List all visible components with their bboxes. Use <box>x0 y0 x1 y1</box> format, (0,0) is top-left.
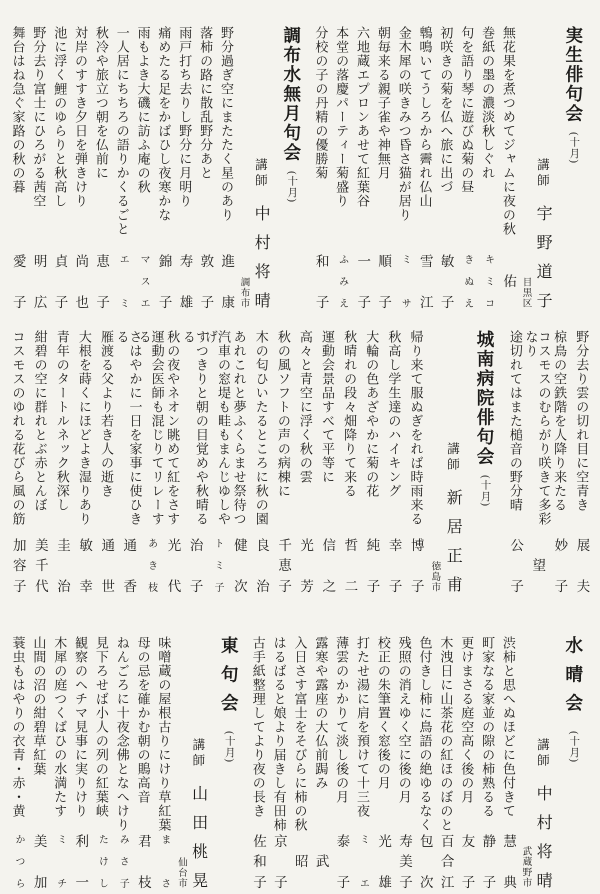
poem-author-char: 子 <box>553 579 567 593</box>
poem-author: 幸子 <box>387 538 401 592</box>
lecturer-name: 山田桃晃 <box>190 785 206 894</box>
section-title: 調布水無月句会(十月) <box>277 26 305 308</box>
poem-author-char: 夫 <box>575 579 589 593</box>
poem-author-char: 恵 <box>277 558 291 572</box>
poem-author-char: 美 <box>33 538 47 552</box>
poem-author-char: 代 <box>166 579 180 593</box>
poem: 渋柿と思へぬほどに色付きて慧典 <box>498 636 518 888</box>
poem-author-char: 子 <box>335 875 349 889</box>
poem-text: 汽車の窓堤も畦もまんじゆしやげ <box>204 330 230 538</box>
poem-author-char: 一 <box>74 875 88 889</box>
poem: 秋高し学生達のハイキング幸子 <box>384 330 404 592</box>
section-title-text: 東句会 <box>220 636 238 723</box>
poem-author-char: 子 <box>117 878 127 888</box>
poem-author-char: 圭 <box>55 538 69 552</box>
poem: 観察のヘチマ見事に実りけり利一 <box>71 636 91 888</box>
poem-text: 無花果を煮つめてジャムに夜の秋 <box>502 26 515 236</box>
poem-author-char: 貞 <box>53 254 67 268</box>
poem-author-char: ミ <box>212 560 222 570</box>
poem-author-char: 子 <box>365 579 379 593</box>
poem: あれこれと夢ふくらませ祭待つ健次 <box>229 330 249 592</box>
poem-author: 武 <box>314 834 328 888</box>
poem-text: 紺碧の空に群れとぶ赤とんぼ <box>34 330 47 512</box>
poem-author-char: 通 <box>100 538 114 552</box>
poem-text: 途切れてはまた槌音の野分晴 <box>509 330 522 512</box>
poem: 残照の消えゆく空に後の月寿美子 <box>394 636 414 888</box>
poem-author-char: 之 <box>321 579 335 593</box>
lecturer-label: 講師 <box>191 738 204 769</box>
poem-text: 秋高し学生達のハイキング <box>387 330 400 498</box>
poem-author-char: 泰 <box>335 834 349 848</box>
poem-author-char: 子 <box>188 579 202 593</box>
poem-author: 佑 <box>502 254 516 308</box>
poem-author-char: ト <box>212 538 222 548</box>
poem-author: 光雄 <box>377 834 391 888</box>
poem-author-char: 良 <box>254 538 268 552</box>
poem-author: 貞子 <box>53 254 67 308</box>
poem-author-char: 昭 <box>293 854 307 868</box>
poem: 露寒や露座の大仏前跼み武 <box>311 636 331 888</box>
poem-author-char: 敦 <box>199 254 213 268</box>
poem-text: 帰り来て服ぬぎをれば時雨来る <box>409 330 422 526</box>
poem: 無花果を煮つめてジャムに夜の秋佑 <box>498 26 518 308</box>
poem-text: ねんごろに十夜念佛となへけり <box>116 636 129 832</box>
poem-author: 君枝 <box>136 834 150 888</box>
poem-text: 運動会医師も混じりてリレーする <box>138 330 164 538</box>
poem-author: ミエ <box>358 834 368 888</box>
poem: 山間の沼の紺碧草紅葉美加 <box>29 636 49 888</box>
lecturer-name: 中村将晴 <box>252 205 268 321</box>
poem-author: エミ <box>117 254 127 308</box>
poem-author-char: 江 <box>418 295 432 309</box>
poem-author-char: エ <box>358 878 368 888</box>
poem-author-char: け <box>96 856 106 866</box>
poem-text: 秋の夜やネオン眺めて紅をさす <box>166 330 179 526</box>
poem-author-char: ミ <box>358 834 368 844</box>
poem-author-char: 光 <box>166 538 180 552</box>
poem: コスモスのむらがり咲きて多彩なり望 <box>528 330 548 592</box>
poem-author: かつら <box>13 834 23 888</box>
poem-author: 佐和子 <box>252 834 266 888</box>
lecturer-name: 宇野道子 <box>534 205 550 321</box>
poem: 紺碧の空に群れとぶ赤とんぼ美千代 <box>30 330 50 592</box>
poem-author-char: 次 <box>232 579 246 593</box>
poem-author-char: 容 <box>11 558 25 572</box>
poem: 雁渡る父より若き人の逝き通世 <box>96 330 116 592</box>
poem-author-char: 信 <box>321 538 335 552</box>
lecturer-city-text: 武蔵野市 <box>520 846 530 888</box>
poem: 秋晴れの段々畑降りて来る哲二 <box>340 330 360 592</box>
poem-text: 野分過ぎ空にまたたく星のあり <box>220 26 233 222</box>
poem-author-char: 純 <box>365 538 379 552</box>
lecturer-label: 講師 <box>446 442 459 473</box>
poem-author-char: 光 <box>377 834 391 848</box>
poem-author-char: 佑 <box>502 274 516 288</box>
poem-author: 加容子 <box>11 538 25 592</box>
poem-author: 昭 <box>293 834 307 888</box>
poem-author-char: 友 <box>460 834 474 848</box>
poem-author-char: 慧 <box>502 834 516 848</box>
poem-author-char: 展 <box>575 538 589 552</box>
section-month-label: (十月) <box>568 132 579 164</box>
poem: 初咲きの菊を仏へ旅に出づ敏子 <box>436 26 456 308</box>
poem-author-char: エ <box>117 254 127 264</box>
poem: 木犀の庭つくばひの水満たすミチ <box>50 636 70 888</box>
poem: すつきりと朝の目覚めや秋晴るる治子 <box>185 330 205 592</box>
poem-author-char: 順 <box>377 254 391 268</box>
lecturer-city: 徳島市 <box>428 330 439 594</box>
poem-author-char: 広 <box>32 295 46 309</box>
poem: 秋の風ソフトの声の病棟に千恵子 <box>273 330 293 592</box>
poem-author-char: 江 <box>439 875 453 889</box>
poem-author: 良治 <box>254 538 268 592</box>
poem-author-char: 博 <box>409 538 423 552</box>
poem-text: 蓑虫もはやりの衣青・赤・黄 <box>12 636 25 818</box>
poem-author-char: 加 <box>32 875 46 889</box>
poem-author: 通世 <box>100 538 114 592</box>
poem-author-char: 子 <box>53 295 67 309</box>
poem-text: 母の忌を確かむ朝の鵙高音 <box>137 636 150 804</box>
poem-author-char: 治 <box>254 579 268 593</box>
poem-author-char: 代 <box>33 579 47 593</box>
section-month-label: (十月) <box>479 475 490 507</box>
poem-text: 椋鳥の空鉄階を人降り来たる <box>553 330 566 512</box>
poem-author-char: 美 <box>397 854 411 868</box>
poem-author-char: み <box>117 834 127 844</box>
poem: 秋の夜やネオン眺めて紅をさす光代 <box>163 330 183 592</box>
poem-text: 入日さす富士をそびらに柿の秋 <box>293 636 306 832</box>
poem-author-char: 包 <box>418 834 432 848</box>
poem-text: 木の匂ひいたるところに秋の園 <box>255 330 268 526</box>
poem-text: 色付きし柿に鳥語の絶ゆるなく <box>419 636 432 832</box>
poem-text: 山間の沼の紺碧草紅葉 <box>32 636 45 776</box>
poem: 高々と青空に浮く秋の雲光芳 <box>295 330 315 592</box>
poem-author-char: み <box>337 276 347 286</box>
poem-author-char: ミ <box>483 276 493 286</box>
poem-text: 初咲きの菊を仏へ旅に出づ <box>439 26 452 194</box>
poem-author: 百合江 <box>439 834 453 888</box>
poem: 対岸のすすき夕日を弾きけり尚也 <box>71 26 91 308</box>
poem-author-char: 子 <box>157 295 171 309</box>
section-title-text: 実生俳句会 <box>564 26 582 124</box>
poem-author-char: 健 <box>232 538 246 552</box>
section-month-label: (十月) <box>223 731 234 763</box>
poem-text: 残照の消えゆく空に後の月 <box>398 636 411 804</box>
poem-author-char: 子 <box>460 875 474 889</box>
lecturer: 講師山田桃晃 <box>187 636 209 888</box>
poem-author-char: 寿 <box>178 254 192 268</box>
poem-text: 秋冷や旅立つ朝を仏前に <box>95 26 108 180</box>
poem-author-char: コ <box>483 298 493 308</box>
poem-author-char: 子 <box>387 579 401 593</box>
poem: ねんごろに十夜念佛となへけりみさ子 <box>112 636 132 888</box>
poem-author-char: 子 <box>409 579 423 593</box>
band-middle: 野分去り雲の切れ目に空青き展夫椋鳥の空鉄階を人降り来たる妙子コスモスのむらがり咲… <box>8 330 592 592</box>
lecturer: 講師中村将晴 <box>249 26 271 308</box>
poem-author: 慧典 <box>502 834 516 888</box>
poem-author-char: 子 <box>199 295 213 309</box>
poem-author: 美千代 <box>33 538 47 592</box>
poem-text: 露寒や露座の大仏前跼み <box>314 636 327 790</box>
poem: 雨もよき大磯に訪ふ庵の秋マスエ <box>133 26 153 308</box>
poem: 雨戸打ち去りし野分に月明り寿雄 <box>175 26 195 308</box>
poem-author-char: た <box>96 834 106 844</box>
poem-author-char: 錦 <box>157 254 171 268</box>
poem-text: 鵯鳴いてうしろから霽れ仏山 <box>419 26 432 208</box>
poem: 一人居にちちろの語りかくるごとエミ <box>112 26 132 308</box>
poem: 薄雲のかかりて淡し後の月泰子 <box>332 636 352 888</box>
poem-author-char: 子 <box>272 875 286 889</box>
poem-author-char: 子 <box>95 295 109 309</box>
poem: 分校の子の丹精の優勝菊和子 <box>311 26 331 308</box>
poem-text: 味噌蔵の屋根古りにけり草紅葉 <box>157 636 170 832</box>
poem-author: 哲二 <box>343 538 357 592</box>
poem-text: 木洩日に山茶花の紅ほのぼのと <box>439 636 452 832</box>
poem-author-char: 和 <box>252 854 266 868</box>
poem: 運動会景品すべて平等に信之 <box>318 330 338 592</box>
lecturer-name: 新居正甫 <box>444 489 460 605</box>
poem-text: コスモスのゆれる花びら風の筋 <box>12 330 25 526</box>
lecturer: 講師中村将晴 <box>531 636 553 888</box>
poem-author: ミサ <box>399 254 409 308</box>
poem-author-char: 明 <box>32 254 46 268</box>
poem-text: コスモスのむらがり咲きて多彩なり <box>525 330 551 538</box>
poem-author-char: 子 <box>252 875 266 889</box>
poem-author-char: 治 <box>188 538 202 552</box>
poem: 汽車の窓堤も畦もまんじゆしやげトミ子 <box>207 330 227 592</box>
poem-author-char: 雪 <box>418 254 432 268</box>
poem-author-char: 芳 <box>299 579 313 593</box>
poem-author: 治子 <box>188 538 202 592</box>
poem-author: 通香 <box>122 538 136 592</box>
poem: さはやかに一日を家事に使ひきる通香 <box>119 330 139 592</box>
poem-author: 敏子 <box>439 254 453 308</box>
poem-text: 校正の朱筆置く窓後の月 <box>377 636 390 790</box>
poem-author-char: 次 <box>418 875 432 889</box>
poem-text: 雨戸打ち去りし野分に月明り <box>178 26 191 208</box>
poem-author: みさ子 <box>117 834 127 888</box>
band-bottom: 水晴会(十月)講師中村将晴武蔵野市渋柿と思へぬほどに色付きて慧典町家なる家並の隙… <box>8 636 592 888</box>
poem-author-char: ス <box>138 276 148 286</box>
poem-text: 町家なる家並の隙の柿熟るる <box>481 636 494 818</box>
band-top: 実生俳句会(十月)講師宇野道子目黒区無花果を煮つめてジャムに夜の秋佑巻紙の墨の濃… <box>8 26 592 308</box>
poem-author-char: 雄 <box>377 875 391 889</box>
poem-author-char: ミ <box>117 298 127 308</box>
poem-text: 青年のタートルネック秋深し <box>56 330 69 512</box>
poem-author-char: ら <box>13 878 23 888</box>
poem-author: 信之 <box>321 538 335 592</box>
poem-text: 金木犀の咲きみつ昏さ猫が居り <box>398 26 411 222</box>
poem-author-char: き <box>146 560 156 570</box>
poem: 椋鳥の空鉄階を人降り来たる妙子 <box>550 330 570 592</box>
poem-author: 敏幸 <box>78 538 92 592</box>
lecturer-city-text: 仙台市 <box>176 857 186 889</box>
lecturer: 講師宇野道子 <box>531 26 553 308</box>
poem-author: 敦子 <box>199 254 213 308</box>
lecturer-city-text: 目黒区 <box>520 277 530 309</box>
poem-text: 朝毎来る親子雀や神無月 <box>377 26 390 180</box>
poem-text: 運動会景品すべて平等に <box>321 330 334 484</box>
poem-text: 野分去り富士にひろがる茜空 <box>32 26 45 208</box>
poem-author-char: 尚 <box>74 254 88 268</box>
poem-text: 池に浮く鯉のゆらりと秋高し <box>53 26 66 208</box>
poem: 巻紙の墨の濃淡秋しぐれキミコ <box>478 26 498 308</box>
poem-text: 句を語り琴に遊びぬ菊の昼 <box>460 26 473 194</box>
section-month-label: (十月) <box>568 731 579 763</box>
poem-text: 更けまさる庭空高く後の月 <box>460 636 473 804</box>
poem-author-char: 子 <box>314 295 328 309</box>
poem-author: ミチ <box>55 834 65 888</box>
poem-author: 利一 <box>74 834 88 888</box>
poem-text: はるばると娘より届きし有田柿 <box>273 636 286 832</box>
poem-author-char: 恵 <box>95 254 109 268</box>
poem: 母の忌を確かむ朝の鵙高音君枝 <box>133 636 153 888</box>
poem-text: あれこれと夢ふくらませ祭待つ <box>233 330 246 526</box>
poem-text: 本堂の落慶パーティー菊盛り <box>335 26 348 208</box>
poem-author: 静子 <box>481 834 495 888</box>
lecturer-label: 講師 <box>254 158 267 189</box>
poem-author-char: 子 <box>11 295 25 309</box>
poem-author-char: 合 <box>439 854 453 868</box>
poem-author-char: 加 <box>11 538 25 552</box>
poem-author: 尚也 <box>74 254 88 308</box>
lecturer: 講師新居正甫 <box>441 330 463 592</box>
poem-text: 野分去り雲の切れ目に空青き <box>575 330 588 512</box>
lecturer-label: 講師 <box>536 738 549 769</box>
poem-author: 公子 <box>509 538 523 592</box>
poem-author-char: 望 <box>531 558 545 572</box>
poem-author-char: 君 <box>136 834 150 848</box>
lecturer-city: 目黒区 <box>519 26 530 310</box>
poem-author-char: 子 <box>397 875 411 889</box>
poem-author-char: ミ <box>399 254 409 264</box>
poem-author: 愛子 <box>11 254 25 308</box>
poem-author-char: あ <box>146 538 156 548</box>
lecturer-city: 調布市 <box>237 26 248 310</box>
poem: 打たせ湯に肩を預けて十三夜ミエ <box>353 636 373 888</box>
poem-author: あき枝 <box>146 538 156 592</box>
poem-text: 一人居にちちろの語りかくるごと <box>116 26 129 236</box>
poem-author-char: 和 <box>314 254 328 268</box>
poem-author-char: さ <box>159 878 169 888</box>
poem: 途切れてはまた槌音の野分晴公子 <box>505 330 525 592</box>
poem-author-char: ま <box>159 834 169 844</box>
poem-author-char: 京 <box>272 834 286 848</box>
poem-author-char: 静 <box>481 834 495 848</box>
poem-text: 高々と青空に浮く秋の雲 <box>299 330 312 484</box>
lecturer-city-text: 調布市 <box>238 277 248 309</box>
poem-author: 光代 <box>166 538 180 592</box>
section-title-text: 水晴会 <box>564 636 582 723</box>
poem: 更けまさる庭空高く後の月友子 <box>457 636 477 888</box>
lecturer-city: 武蔵野市 <box>519 636 530 890</box>
poem-author-char: 哲 <box>343 538 357 552</box>
poem-author: 雪江 <box>418 254 432 308</box>
poem: 大根を蒔くにほどよき湿りあり敏幸 <box>74 330 94 592</box>
poem-author: 一子 <box>356 254 370 308</box>
lecturer-city-text: 徳島市 <box>429 561 439 593</box>
poem-author: 展夫 <box>575 538 589 592</box>
poem-author-char: 二 <box>343 579 357 593</box>
poem: 古手紙整理してより夜の長き佐和子 <box>248 636 268 888</box>
poem-author: きぬえ <box>462 254 472 308</box>
poem-author: 包次 <box>418 834 432 888</box>
poem-author: 進康 <box>220 254 234 308</box>
poem-text: 渋柿と思へぬほどに色付きて <box>502 636 515 818</box>
poem-author: 博子 <box>409 538 423 592</box>
poem-author: マスエ <box>138 254 148 308</box>
poem-author-char: 子 <box>356 295 370 309</box>
poem-author-char: さ <box>117 856 127 866</box>
poem-author-char: 光 <box>299 538 313 552</box>
poem-author-char: 治 <box>55 579 69 593</box>
poem-author: トミ子 <box>212 538 222 592</box>
poem: 入日さす富士をそびらに柿の秋昭 <box>290 636 310 888</box>
poem-author-char: ふ <box>337 254 347 264</box>
poem: 味噌蔵の屋根古りにけり草紅葉まさ <box>154 636 174 888</box>
poem: はるばると娘より届きし有田柿京子 <box>269 636 289 888</box>
poem-text: 分校の子の丹精の優勝菊 <box>314 26 327 180</box>
poem-author-char: 子 <box>481 875 495 889</box>
poem-text: 見下ろせば小人の列の紅葉峡 <box>95 636 108 818</box>
poem-text: 雨もよき大磯に訪ふ庵の秋 <box>137 26 150 194</box>
poem-author: 和子 <box>314 254 328 308</box>
poem-author-char: 枝 <box>146 582 156 592</box>
section-title: 東句会(十月) <box>214 636 242 888</box>
section-title: 城南病院俳句会(十月) <box>470 330 498 592</box>
poem-author-char: 子 <box>277 579 291 593</box>
poem-author-char: 公 <box>509 538 523 552</box>
poem-author-char: か <box>13 834 23 844</box>
poem-author-char: サ <box>399 298 409 308</box>
poem-author: 京子 <box>272 834 286 888</box>
poem-author: 寿美子 <box>397 834 411 888</box>
poem-author: ふみえ <box>337 254 347 308</box>
poem: 運動会医師も混じりてリレーするあき枝 <box>141 330 161 592</box>
section-title-text: 城南病院俳句会 <box>476 330 494 467</box>
poem: 句を語り琴に遊びぬ菊の昼きぬえ <box>457 26 477 308</box>
poem-author-char: キ <box>483 254 493 264</box>
poem-author: 寿雄 <box>178 254 192 308</box>
poem-text: 古手紙整理してより夜の長き <box>252 636 265 818</box>
poem-author: 純子 <box>365 538 379 592</box>
poem-author-char: エ <box>138 298 148 308</box>
poem-author-char: 千 <box>277 538 291 552</box>
page: 実生俳句会(十月)講師宇野道子目黒区無花果を煮つめてジャムに夜の秋佑巻紙の墨の濃… <box>8 26 592 888</box>
poem-author-char: 枝 <box>136 875 150 889</box>
section-title-text: 調布水無月句会 <box>282 26 300 163</box>
poem-text: 秋の風ソフトの声の病棟に <box>277 330 290 498</box>
poem-text: 落柿の路に散乱野分あと <box>199 26 212 180</box>
poem: 大輪の色あざやかに菊の花純子 <box>362 330 382 592</box>
poem: 帰り来て服ぬぎをれば時雨来る博子 <box>406 330 426 592</box>
poem: 町家なる家並の隙の柿熟るる静子 <box>478 636 498 888</box>
poem-author-char: 幸 <box>387 538 401 552</box>
poem-author-char: 子 <box>509 579 523 593</box>
poem-author: 明広 <box>32 254 46 308</box>
poem-text: 痛めたる足をかばひし夜寒かな <box>157 26 170 222</box>
poem-author-char: 進 <box>220 254 234 268</box>
poem-text: 大根を蒔くにほどよき湿りあり <box>78 330 91 526</box>
poem-author-char: 通 <box>122 538 136 552</box>
poem-author-char: 佐 <box>252 834 266 848</box>
poem-author-char: 康 <box>220 295 234 309</box>
poem-author-char: 典 <box>502 875 516 889</box>
poem-author-char: し <box>96 878 106 888</box>
poem-author: 順子 <box>377 254 391 308</box>
poem-text: 秋晴れの段々畑降りて来る <box>343 330 356 498</box>
poem-author: たけし <box>96 834 106 888</box>
